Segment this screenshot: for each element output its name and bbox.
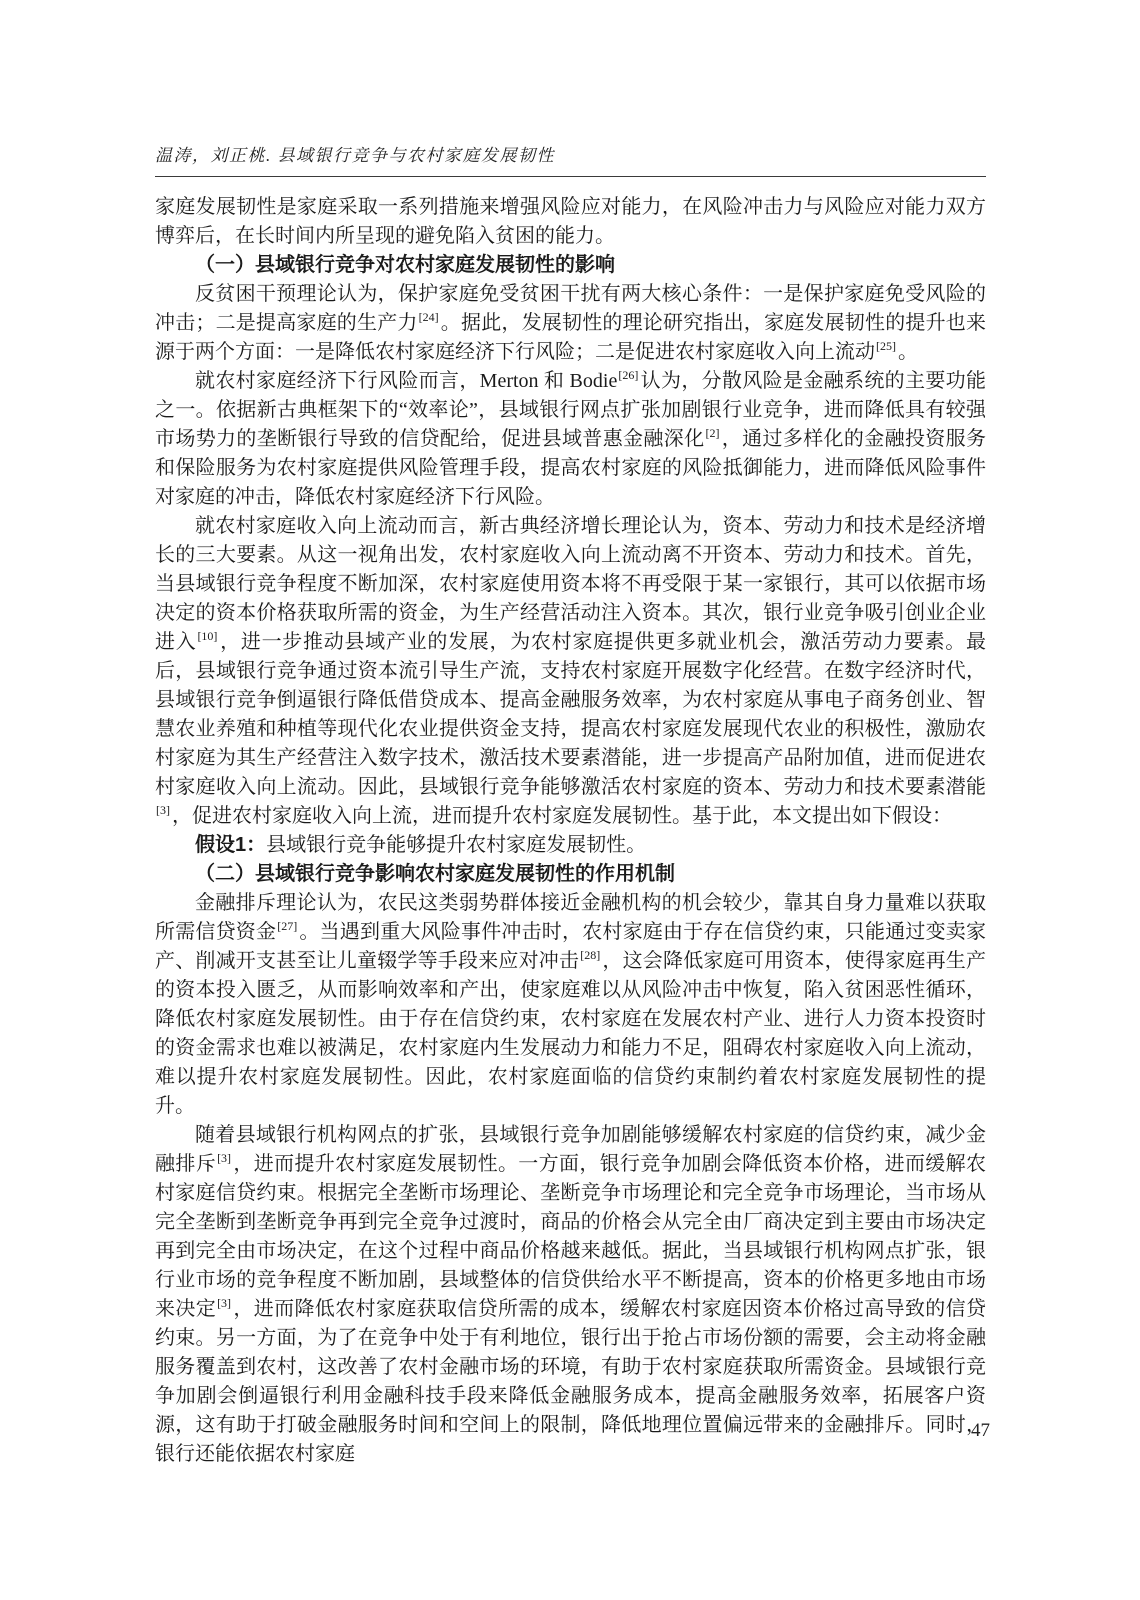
paper-page: { "page": { "running_header": "温涛，刘正桃. 县… — [0, 0, 1140, 1600]
page-content-area: 温涛，刘正桃. 县域银行竞争与农村家庭发展韧性 家庭发展韧性是家庭采取一系列措施… — [155, 141, 986, 1469]
body-paragraph: 反贫困干预理论认为，保护家庭免受贫困干扰有两大核心条件：一是保护家庭免受风险的冲… — [155, 280, 986, 367]
text-run: 家庭发展韧性是家庭采取一系列措施来增强风险应对能力，在风险冲击力与风险应对能力双… — [155, 196, 986, 247]
citation-superscript: [3] — [217, 1296, 231, 1310]
citation-superscript: [28] — [580, 948, 600, 962]
header-rule — [155, 176, 986, 177]
body-paragraph: 就农村家庭经济下行风险而言，Merton 和 Bodie[26]认为，分散风险是… — [155, 367, 986, 512]
text-run: 县域银行竞争能够提升农村家庭发展韧性。 — [266, 834, 646, 856]
body-paragraph: 假设1：县域银行竞争能够提升农村家庭发展韧性。 — [155, 831, 986, 860]
citation-superscript: [2] — [705, 426, 719, 440]
section-heading: （一）县域银行竞争对农村家庭发展韧性的影响 — [155, 251, 986, 280]
citation-superscript: [27] — [277, 919, 297, 933]
text-run: ，这会降低家庭可用资本，使得家庭再生产的资本投入匮乏，从而影响效率和产出，使家庭… — [155, 950, 986, 1117]
citation-superscript: [25] — [876, 339, 896, 353]
body-paragraph: 金融排斥理论认为，农民这类弱势群体接近金融机构的机会较少，靠其自身力量难以获取所… — [155, 889, 986, 1121]
citation-superscript: [3] — [156, 803, 170, 817]
text-run: ，进而提升农村家庭发展韧性。一方面，银行竞争加剧会降低资本价格，进而缓解农村家庭… — [155, 1153, 986, 1320]
citation-superscript: [24] — [419, 310, 439, 324]
citation-superscript: [3] — [217, 1151, 231, 1165]
text-run: 就农村家庭经济下行风险而言，Merton 和 Bodie — [195, 370, 617, 392]
hypothesis-label: 假设1： — [195, 834, 266, 856]
body-paragraph: 就农村家庭收入向上流动而言，新古典经济增长理论认为，资本、劳动力和技术是经济增长… — [155, 512, 986, 831]
text-run: ，进而降低农村家庭获取信贷所需的成本，缓解农村家庭因资本价格过高导致的信贷约束。… — [155, 1298, 986, 1465]
body-paragraph: 随着县域银行机构网点的扩张，县域银行竞争加剧能够缓解农村家庭的信贷约束，减少金融… — [155, 1121, 986, 1469]
page-number: 47 — [940, 1420, 990, 1442]
text-run: ，进一步推动县域产业的发展，为农村家庭提供更多就业机会，激活劳动力要素。最后，县… — [155, 631, 986, 798]
text-run: 。 — [898, 341, 918, 363]
running-header: 温涛，刘正桃. 县域银行竞争与农村家庭发展韧性 — [155, 141, 986, 176]
page-body: 家庭发展韧性是家庭采取一系列措施来增强风险应对能力，在风险冲击力与风险应对能力双… — [155, 193, 986, 1469]
text-run: ，促进农村家庭收入向上流，进而提升农村家庭发展韧性。基于此，本文提出如下假设： — [172, 805, 952, 827]
text-run: （二）县域银行竞争影响农村家庭发展韧性的作用机制 — [195, 863, 675, 885]
text-run: （一）县域银行竞争对农村家庭发展韧性的影响 — [195, 254, 615, 276]
citation-superscript: [10] — [197, 629, 217, 643]
body-paragraph: 家庭发展韧性是家庭采取一系列措施来增强风险应对能力，在风险冲击力与风险应对能力双… — [155, 193, 986, 251]
section-heading: （二）县域银行竞争影响农村家庭发展韧性的作用机制 — [155, 860, 986, 889]
citation-superscript: [26] — [618, 368, 638, 382]
